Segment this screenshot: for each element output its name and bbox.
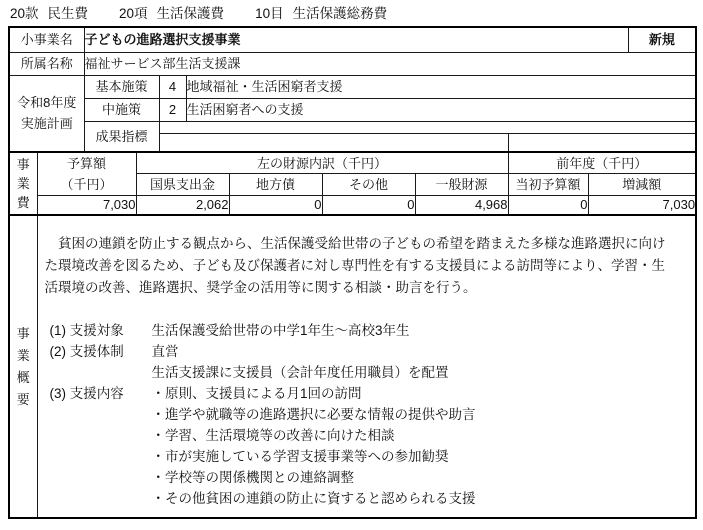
- budget-amount-header-line2: （千円）: [38, 174, 136, 195]
- overview-item: ・学習、生活環境等の改善に向けた相談: [45, 425, 692, 446]
- local-bonds-value: 0: [229, 196, 322, 215]
- department-label: 所属名称: [9, 52, 84, 75]
- fiscal-year-plan-line1: 令和8年度: [10, 92, 84, 113]
- overview-item: ・学校等の関係機関との連絡調整: [45, 467, 692, 488]
- overview-item-label: [45, 488, 152, 509]
- overview-item: (2) 支援体制 直営: [45, 341, 692, 362]
- section-ko-code: 20項: [119, 6, 148, 22]
- mid-policy-number: 2: [159, 98, 186, 121]
- col-header-other: その他: [322, 174, 415, 196]
- overview-item-label: [45, 467, 152, 488]
- overview-item-text: ・その他貧困の連鎖の防止に資すると認められる支援: [152, 488, 692, 509]
- overview-item: ・市が実施している学習支援事業等への参加勧奨: [45, 446, 692, 467]
- basic-policy-label: 基本施策: [84, 75, 159, 98]
- outcome-indicator-name-cell: [159, 121, 696, 133]
- prev-year-header: 前年度（千円）: [508, 152, 696, 174]
- outcome-indicator-label: 成果指標: [84, 121, 159, 152]
- project-sheet-table: 小事業名 子どもの進路選択支援事業 新規 所属名称 福祉サービス部生活支援課 令…: [8, 26, 697, 519]
- budget-sheet-page: 20款 民生費 20項 生活保護費 10目 生活保護総務費 小事業名 子どもの進…: [0, 6, 703, 530]
- overview-item-text: ・進学や就職等の進路選択に必要な情報の提供や助言: [152, 404, 692, 425]
- overview-paragraph-line: 貧困の連鎖を防止する観点から、生活保護受給世帯の子どもの希望を踏まえた多様な進路…: [45, 233, 692, 255]
- overview-item: (1) 支援対象 生活保護受給世帯の中学1年生～高校3年生: [45, 320, 692, 341]
- general-funds-value: 4,968: [415, 196, 508, 215]
- overview-item-label: [45, 404, 152, 425]
- outcome-indicator-value-cell-left: [159, 133, 508, 152]
- initial-budget-value: 0: [508, 196, 588, 215]
- overview-body: 貧困の連鎖を防止する観点から、生活保護受給世帯の子どもの希望を踏まえた多様な進路…: [38, 224, 696, 509]
- overview-item-label: [45, 446, 152, 467]
- col-header-change: 増減額: [588, 174, 696, 196]
- overview-item: ・進学や就職等の進路選択に必要な情報の提供や助言: [45, 404, 692, 425]
- overview-item: 生活支援課に支援員（会計年度任用職員）を配置: [45, 362, 692, 383]
- overview-item: ・その他貧困の連鎖の防止に資すると認められる支援: [45, 488, 692, 509]
- overview-section-label-text: 事業概要: [10, 322, 37, 410]
- overview-item-text: 生活保護受給世帯の中学1年生～高校3年生: [152, 320, 692, 341]
- overview-paragraph-line: た環境改善を図るため、子ども及び保護者に対し専門性を有する支援員による訪問等によ…: [45, 255, 692, 277]
- col-header-local-bonds: 地方債: [229, 174, 322, 196]
- overview-content-cell: 貧困の連鎖を防止する観点から、生活保護受給世帯の子どもの希望を踏まえた多様な進路…: [37, 215, 696, 518]
- section-kan-name: 民生費: [48, 6, 89, 22]
- overview-item-label: [45, 425, 152, 446]
- overview-paragraph-line: 活環境の改善、進路選択、奨学金の活用等に関する相談・助言を行う。: [45, 277, 692, 299]
- national-prefectural-value: 2,062: [136, 196, 229, 215]
- basic-policy-name: 地域福祉・生活困窮者支援: [186, 75, 696, 98]
- section-kan-code: 20款: [10, 6, 39, 22]
- small-project-label: 小事業名: [9, 27, 84, 52]
- basic-policy-number: 4: [159, 75, 186, 98]
- small-project-row: 小事業名 子どもの進路選択支援事業 新規: [9, 27, 696, 52]
- mid-policy-label: 中施策: [84, 98, 159, 121]
- new-status-badge: 新規: [628, 27, 696, 52]
- overview-section-label: 事業概要: [9, 215, 37, 518]
- overview-item-label: (1) 支援対象: [45, 320, 152, 341]
- budget-values-row: 7,030 2,062 0 0 4,968 0 7,030: [9, 196, 696, 215]
- overview-item: (3) 支援内容 ・原則、支援員による月1回の訪問: [45, 383, 692, 404]
- section-moku-code: 10目: [255, 6, 284, 22]
- section-ko-name: 生活保護費: [157, 6, 225, 22]
- budget-classification-line: 20款 民生費 20項 生活保護費 10目 生活保護総務費: [10, 6, 703, 22]
- overview-item-label: (2) 支援体制: [45, 341, 152, 362]
- change-value: 7,030: [588, 196, 696, 215]
- section-moku-name: 生活保護総務費: [293, 6, 388, 22]
- budget-amount-value: 7,030: [37, 196, 136, 215]
- overview-item-text: ・学校等の関係機関との連絡調整: [152, 467, 692, 488]
- overview-spacer: [45, 299, 692, 320]
- overview-item-text: 生活支援課に支援員（会計年度任用職員）を配置: [152, 362, 692, 383]
- project-cost-section-label-text: 事業費: [10, 155, 37, 212]
- outcome-indicator-row-1: 成果指標: [9, 121, 696, 133]
- budget-amount-header: 予算額 （千円）: [37, 152, 136, 196]
- mid-policy-row: 中施策 2 生活困窮者への支援: [9, 98, 696, 121]
- budget-amount-header-line1: 予算額: [38, 153, 136, 174]
- mid-policy-name: 生活困窮者への支援: [186, 98, 696, 121]
- overview-item-text: ・学習、生活環境等の改善に向けた相談: [152, 425, 692, 446]
- col-header-initial-budget: 当初予算額: [508, 174, 588, 196]
- department-name: 福祉サービス部生活支援課: [84, 52, 696, 75]
- overview-item-label: (3) 支援内容: [45, 383, 152, 404]
- basic-policy-row: 令和8年度 実施計画 基本施策 4 地域福祉・生活困窮者支援: [9, 75, 696, 98]
- funding-breakdown-header: 左の財源内訳（千円）: [136, 152, 508, 174]
- overview-item-text: ・市が実施している学習支援事業等への参加勧奨: [152, 446, 692, 467]
- budget-header-row-1: 事業費 予算額 （千円） 左の財源内訳（千円） 前年度（千円）: [9, 152, 696, 174]
- col-header-general-funds: 一般財源: [415, 174, 508, 196]
- department-row: 所属名称 福祉サービス部生活支援課: [9, 52, 696, 75]
- outcome-indicator-value-cell-right: [508, 133, 696, 152]
- overview-item-text: ・原則、支援員による月1回の訪問: [152, 383, 692, 404]
- overview-row: 事業概要 貧困の連鎖を防止する観点から、生活保護受給世帯の子どもの希望を踏まえた…: [9, 215, 696, 518]
- project-cost-section-label: 事業費: [9, 152, 37, 215]
- overview-item-text: 直営: [152, 341, 692, 362]
- small-project-name: 子どもの進路選択支援事業: [84, 27, 628, 52]
- other-funds-value: 0: [322, 196, 415, 215]
- fiscal-year-plan-line2: 実施計画: [10, 113, 84, 134]
- overview-item-label: [45, 362, 152, 383]
- col-header-national-prefectural: 国県支出金: [136, 174, 229, 196]
- fiscal-year-plan-label: 令和8年度 実施計画: [9, 75, 84, 152]
